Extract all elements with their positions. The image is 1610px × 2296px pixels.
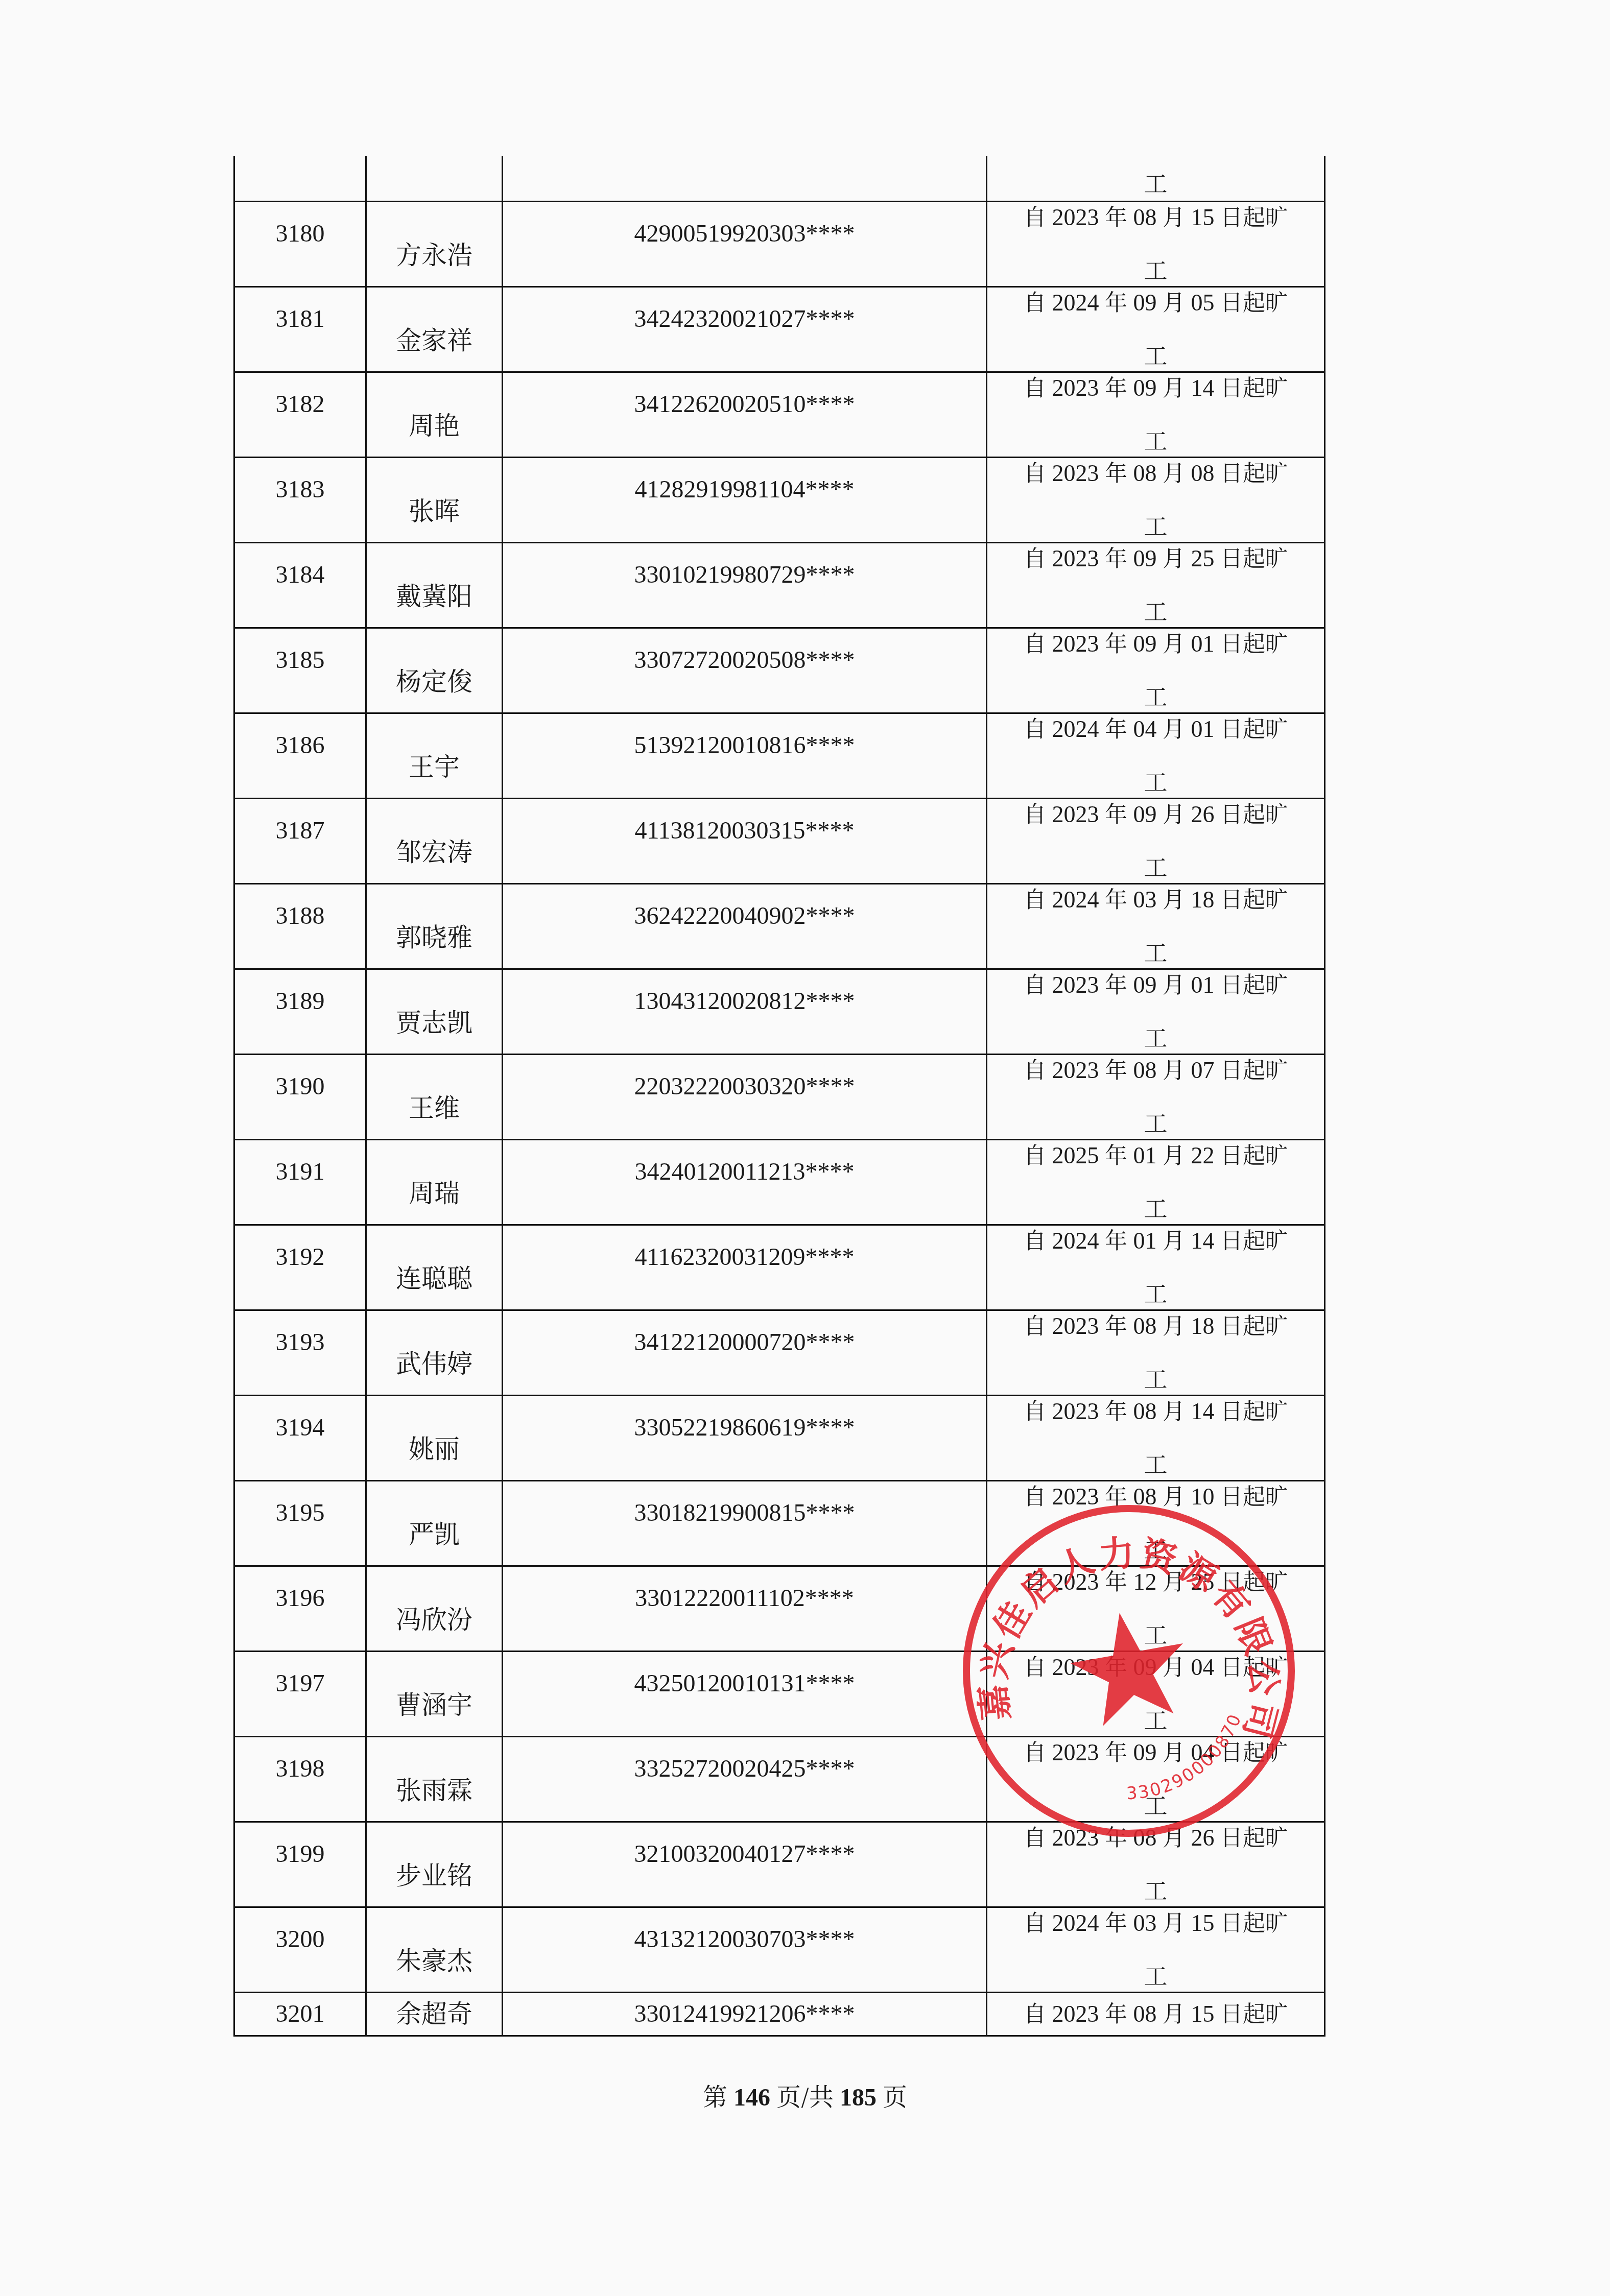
absence-status: 自 2025 年 01 月 22 日起旷工 [987,1141,1324,1224]
status-year: 2023 [1052,1739,1099,1765]
table-row: 3194姚丽33052219860619****自 2023 年 08 月 14… [234,1396,1325,1481]
status-prefix: 自 [1024,887,1046,913]
cell-name: 张晖 [366,458,503,543]
status-day: 07 [1191,1057,1215,1083]
cell-id: 43250120010131**** [503,1652,987,1737]
status-day: 14 [1191,1398,1215,1424]
status-day-suffix: 日起旷 [1220,1910,1288,1936]
status-day-suffix: 日起旷 [1220,2001,1288,2027]
document-page: 工 3180方永浩42900519920303****自 2023 年 08 月… [0,0,1610,2296]
cell-no: 3196 [234,1566,366,1652]
status-month-suffix: 月 [1163,1399,1185,1425]
status-month: 01 [1133,1228,1157,1254]
status-tail: 工 [1144,1453,1168,1476]
cell-no: 3201 [234,1993,366,2036]
table-row: 3181金家祥34242320021027****自 2024 年 09 月 0… [234,287,1325,372]
status-day-suffix: 日起旷 [1220,546,1288,572]
status-date-line: 自 2023 年 08 月 18 日起旷 [1024,1314,1288,1338]
status-year: 2023 [1052,1057,1099,1083]
status-prefix: 自 [1024,375,1046,401]
cell-no: 3197 [234,1652,366,1737]
status-tail: 工 [1144,1965,1168,1988]
status-tail: 工 [1144,515,1168,538]
id-number-masked: 34240120011213**** [634,1160,854,1184]
person-name: 武伟婷 [396,1351,472,1377]
status-year: 2023 [1052,375,1099,401]
status-prefix: 自 [1024,1484,1046,1510]
status-day: 22 [1191,1142,1215,1168]
status-tail: 工 [1144,172,1168,196]
cell-status: 自 2023 年 08 月 10 日起旷工 [987,1481,1325,1566]
status-prefix: 自 [1024,1313,1046,1340]
cell-name: 姚丽 [366,1396,503,1481]
cell-id: 33012419921206**** [503,1993,987,2036]
id-number-masked: 34122120000720**** [634,1330,855,1355]
status-year-suffix: 年 [1105,1740,1127,1766]
status-year-suffix: 年 [1105,2001,1127,2027]
status-prefix: 自 [1024,290,1046,316]
table-row: 3199步业铭32100320040127****自 2023 年 08 月 2… [234,1822,1325,1907]
cell-no [234,156,366,202]
row-number: 3193 [276,1330,325,1355]
status-year-suffix: 年 [1105,1143,1127,1169]
cell-status: 自 2023 年 08 月 08 日起旷工 [987,458,1325,543]
status-year: 2023 [1052,460,1099,486]
status-year: 2023 [1052,2001,1099,2027]
cell-name: 周艳 [366,372,503,458]
person-name: 姚丽 [409,1437,460,1462]
status-date-line: 自 2023 年 08 月 15 日起旷 [1024,206,1288,229]
cell-name: 朱豪杰 [366,1907,503,1993]
table-row: 3190王维22032220030320****自 2023 年 08 月 07… [234,1055,1325,1140]
status-date-line: 自 2023 年 09 月 04 日起旷 [1024,1741,1288,1764]
status-year-suffix: 年 [1105,546,1127,572]
cell-no: 3180 [234,202,366,287]
row-number: 3186 [276,733,325,758]
row-number: 3183 [276,477,325,502]
status-month: 03 [1133,887,1157,913]
status-year: 2023 [1052,631,1099,657]
status-month: 08 [1133,460,1157,486]
row-number: 3187 [276,819,325,843]
footer-total-pages: 185 [840,2084,877,2111]
status-year-suffix: 年 [1105,1825,1127,1851]
status-day: 26 [1191,1825,1215,1851]
status-year-suffix: 年 [1105,461,1127,487]
status-prefix: 自 [1024,716,1046,743]
cell-status: 自 2024 年 01 月 14 日起旷工 [987,1225,1325,1310]
row-number: 3188 [276,904,325,928]
status-date-line: 自 2023 年 09 月 14 日起旷 [1024,376,1288,400]
status-month-suffix: 月 [1163,2001,1185,2027]
cell-id: 41282919981104**** [503,458,987,543]
status-prefix: 自 [1024,1910,1046,1936]
status-year-suffix: 年 [1105,1399,1127,1425]
cell-no: 3199 [234,1822,366,1907]
status-month: 04 [1133,716,1157,742]
cell-id: 33052219860619**** [503,1396,987,1481]
status-date-line: 自 2024 年 04 月 01 日起旷 [1024,717,1288,741]
status-month-suffix: 月 [1163,972,1185,998]
status-month-suffix: 月 [1163,802,1185,828]
absence-status: 自 2023 年 08 月 15 日起旷工 [987,203,1324,285]
absence-status: 自 2023 年 08 月 10 日起旷工 [987,1482,1324,1565]
id-number-masked: 33018219900815**** [634,1501,855,1525]
cell-name: 王宇 [366,713,503,799]
person-name: 严凯 [409,1522,460,1547]
person-name: 王维 [409,1095,460,1121]
cell-name: 张雨霖 [366,1737,503,1822]
person-name: 曹涵宇 [396,1692,472,1718]
status-month-suffix: 月 [1163,461,1185,487]
id-number-masked: 41282919981104**** [634,477,854,502]
status-tail: 工 [1144,941,1168,965]
cell-no: 3186 [234,713,366,799]
page-footer: 第 146 页/共 185 页 [0,2077,1610,2113]
status-day: 14 [1191,375,1215,401]
id-number-masked: 51392120010816**** [634,733,855,758]
cell-no: 3191 [234,1140,366,1225]
cell-name: 周瑞 [366,1140,503,1225]
status-date-line: 自 2024 年 09 月 05 日起旷 [1024,291,1288,315]
status-day-suffix: 日起旷 [1220,887,1288,913]
status-month-suffix: 月 [1163,375,1185,401]
status-tail: 工 [1144,771,1168,794]
id-number-masked: 34122620020510**** [634,392,855,417]
cell-name: 连聪聪 [366,1225,503,1310]
absence-status: 自 2023 年 08 月 07 日起旷工 [987,1056,1324,1138]
status-day-suffix: 日起旷 [1220,205,1288,231]
status-tail: 工 [1144,1197,1168,1221]
table-row: 3200朱豪杰43132120030703****自 2024 年 03 月 1… [234,1907,1325,1993]
status-month-suffix: 月 [1163,1569,1185,1595]
status-date-line: 自 2025 年 01 月 22 日起旷 [1024,1144,1288,1167]
cell-name: 余超奇 [366,1993,503,2036]
status-day: 15 [1191,204,1215,230]
table-row: 3189贾志凯13043120020812****自 2023 年 09 月 0… [234,969,1325,1055]
cell-status: 自 2023 年 08 月 18 日起旷工 [987,1310,1325,1396]
row-number: 3184 [276,563,325,587]
status-prefix: 自 [1024,1655,1046,1681]
status-date-line: 自 2023 年 08 月 26 日起旷 [1024,1826,1288,1850]
row-number: 3181 [276,307,325,331]
table-row: 3191周瑞34240120011213****自 2025 年 01 月 22… [234,1140,1325,1225]
status-month: 09 [1133,545,1157,571]
status-day-suffix: 日起旷 [1220,1399,1288,1425]
absence-status: 自 2024 年 03 月 18 日起旷工 [987,885,1324,968]
status-month: 09 [1133,1739,1157,1765]
row-number: 3180 [276,222,325,246]
cell-no: 3189 [234,969,366,1055]
table-row-continuation: 工 [234,156,1325,202]
absence-status: 自 2023 年 09 月 14 日起旷工 [987,373,1324,456]
status-month: 01 [1133,1142,1157,1168]
id-number-masked: 41138120030315**** [634,819,854,843]
cell-status: 工 [987,156,1325,202]
person-name: 王宇 [409,754,460,780]
status-year: 2023 [1052,1654,1099,1680]
row-number: 3200 [276,1927,325,1952]
status-year: 2023 [1052,545,1099,571]
row-number: 3192 [276,1245,325,1270]
cell-name: 王维 [366,1055,503,1140]
cell-no: 3200 [234,1907,366,1993]
status-day: 25 [1191,545,1215,571]
status-day: 25 [1191,1569,1215,1595]
status-day: 01 [1191,716,1215,742]
cell-id: 33252720020425**** [503,1737,987,1822]
cell-status: 自 2023 年 09 月 25 日起旷工 [987,543,1325,628]
status-tail: 工 [1144,1879,1168,1903]
status-day-suffix: 日起旷 [1220,631,1288,657]
row-number: 3189 [276,989,325,1014]
status-month-suffix: 月 [1163,1143,1185,1169]
footer-middle: 页/共 [776,2083,834,2112]
status-date-line: 自 2023 年 09 月 04 日起旷 [1024,1656,1288,1679]
footer-current-page: 146 [733,2084,770,2111]
status-day-suffix: 日起旷 [1220,1740,1288,1766]
absence-status: 自 2023 年 08 月 26 日起旷工 [987,1823,1324,1906]
status-prefix: 自 [1024,1569,1046,1595]
status-day: 01 [1191,631,1215,657]
status-date-line: 自 2023 年 08 月 14 日起旷 [1024,1400,1288,1423]
table-row: 3184戴冀阳33010219980729****自 2023 年 09 月 2… [234,543,1325,628]
status-month: 08 [1133,1398,1157,1424]
cell-no: 3192 [234,1225,366,1310]
status-year-suffix: 年 [1105,1484,1127,1510]
status-month-suffix: 月 [1163,887,1185,913]
status-prefix: 自 [1024,972,1046,998]
status-day-suffix: 日起旷 [1220,461,1288,487]
status-date-line: 自 2024 年 03 月 18 日起旷 [1024,888,1288,912]
status-day-suffix: 日起旷 [1220,972,1288,998]
status-month: 09 [1133,375,1157,401]
cell-id: 42900519920303**** [503,202,987,287]
table-row: 3192连聪聪41162320031209****自 2024 年 01 月 1… [234,1225,1325,1310]
row-number: 3185 [276,648,325,673]
absence-status: 自 2023 年 09 月 01 日起旷工 [987,970,1324,1053]
status-tail: 工 [1144,344,1168,368]
status-month-suffix: 月 [1163,1484,1185,1510]
status-day-suffix: 日起旷 [1220,1655,1288,1681]
table-row: 3188郭晓雅36242220040902****自 2024 年 03 月 1… [234,884,1325,969]
status-tail: 工 [1144,429,1168,453]
person-name: 张雨霖 [396,1778,472,1803]
status-year: 2023 [1052,972,1099,998]
cell-name: 武伟婷 [366,1310,503,1396]
row-number: 3196 [276,1586,325,1611]
cell-status: 自 2023 年 12 月 25 日起旷工 [987,1566,1325,1652]
absence-status: 自 2024 年 01 月 14 日起旷工 [987,1226,1324,1309]
absence-status: 自 2024 年 04 月 01 日起旷工 [987,714,1324,797]
cell-name: 步业铭 [366,1822,503,1907]
cell-name: 贾志凯 [366,969,503,1055]
status-year-suffix: 年 [1105,802,1127,828]
cell-name: 郭晓雅 [366,884,503,969]
status-month-suffix: 月 [1163,1228,1185,1254]
cell-no: 3182 [234,372,366,458]
status-day: 10 [1191,1484,1215,1510]
status-tail: 工 [1144,1794,1168,1817]
id-number-masked: 33072720020508**** [634,648,855,673]
status-year-suffix: 年 [1105,1910,1127,1936]
cell-no: 3184 [234,543,366,628]
status-day: 15 [1191,2001,1215,2027]
cell-id: 33010219980729**** [503,543,987,628]
id-number-masked: 22032220030320**** [634,1074,855,1099]
person-name: 周瑞 [409,1181,460,1206]
status-year: 2025 [1052,1142,1099,1168]
id-number-masked: 36242220040902**** [634,904,855,928]
status-day-suffix: 日起旷 [1220,375,1288,401]
cell-id: 34240120011213**** [503,1140,987,1225]
cell-status: 自 2024 年 03 月 18 日起旷工 [987,884,1325,969]
status-year: 2024 [1052,290,1099,316]
cell-no: 3190 [234,1055,366,1140]
status-date-line: 自 2024 年 03 月 15 日起旷 [1024,1911,1288,1935]
status-tail: 工 [1144,1709,1168,1732]
absence-status: 自 2023 年 08 月 18 日起旷工 [987,1311,1324,1394]
status-tail: 工 [1144,685,1168,709]
status-month: 08 [1133,1057,1157,1083]
table-row: 3193武伟婷34122120000720****自 2023 年 08 月 1… [234,1310,1325,1396]
status-month-suffix: 月 [1163,205,1185,231]
status-date-line: 自 2023 年 09 月 25 日起旷 [1024,547,1288,570]
cell-status: 自 2023 年 08 月 15 日起旷工 [987,202,1325,287]
status-month-suffix: 月 [1163,1655,1185,1681]
table-row: 3187邹宏涛41138120030315****自 2023 年 09 月 2… [234,799,1325,884]
status-prefix: 自 [1024,1058,1046,1084]
status-prefix: 自 [1024,631,1046,657]
status-prefix: 自 [1024,802,1046,828]
status-day: 04 [1191,1654,1215,1680]
table-row: 3196冯欣汾33012220011102****自 2023 年 12 月 2… [234,1566,1325,1652]
status-month: 03 [1133,1910,1157,1936]
person-name: 连聪聪 [396,1266,472,1291]
cell-no: 3181 [234,287,366,372]
cell-id: 33018219900815**** [503,1481,987,1566]
table-row: 3198张雨霖33252720020425****自 2023 年 09 月 0… [234,1737,1325,1822]
id-number-masked: 41162320031209**** [634,1245,854,1270]
cell-id: 33012220011102**** [503,1566,987,1652]
cell-status: 自 2023 年 09 月 04 日起旷工 [987,1652,1325,1737]
cell-status: 自 2024 年 03 月 15 日起旷工 [987,1907,1325,1993]
status-month-suffix: 月 [1163,1313,1185,1340]
table-row: 3182周艳34122620020510****自 2023 年 09 月 14… [234,372,1325,458]
status-year-suffix: 年 [1105,1569,1127,1595]
status-tail: 工 [1144,600,1168,624]
id-number-masked: 43250120010131**** [634,1671,855,1696]
cell-status: 自 2023 年 09 月 14 日起旷工 [987,372,1325,458]
absence-status: 自 2023 年 08 月 08 日起旷工 [987,459,1324,541]
status-year-suffix: 年 [1105,1228,1127,1254]
table-row: 3201余超奇33012419921206****自 2023 年 08 月 1… [234,1993,1325,2036]
status-date-line: 自 2023 年 09 月 01 日起旷 [1024,632,1288,656]
status-year: 2023 [1052,1484,1099,1510]
row-number: 3194 [276,1416,325,1440]
status-month: 08 [1133,2001,1157,2027]
id-number-masked: 33252720020425**** [634,1757,855,1781]
absence-status: 自 2023 年 08 月 14 日起旷工 [987,1397,1324,1479]
status-year-suffix: 年 [1105,1655,1127,1681]
person-name: 朱豪杰 [396,1948,472,1974]
row-number: 3182 [276,392,325,417]
person-name: 金家祥 [396,328,472,353]
status-day-suffix: 日起旷 [1220,1143,1288,1169]
person-name: 余超奇 [396,2001,472,2027]
cell-name: 戴冀阳 [366,543,503,628]
status-month: 08 [1133,1825,1157,1851]
id-number-masked: 32100320040127**** [634,1842,855,1867]
row-number: 3201 [276,2002,325,2026]
person-name: 冯欣汾 [396,1607,472,1633]
cell-id [503,156,987,202]
status-prefix: 自 [1024,461,1046,487]
absence-status: 自 2023 年 09 月 26 日起旷工 [987,800,1324,882]
cell-id: 33072720020508**** [503,628,987,713]
status-year-suffix: 年 [1105,1058,1127,1084]
person-name: 杨定俊 [396,669,472,695]
cell-status: 自 2024 年 09 月 05 日起旷工 [987,287,1325,372]
status-year-suffix: 年 [1105,972,1127,998]
status-day: 04 [1191,1739,1215,1765]
id-number-masked: 42900519920303**** [634,222,855,246]
status-date-line: 自 2023 年 09 月 26 日起旷 [1024,803,1288,826]
absence-status: 自 2023 年 09 月 25 日起旷工 [987,544,1324,627]
status-month: 08 [1133,1484,1157,1510]
status-month-suffix: 月 [1163,1740,1185,1766]
status-month-suffix: 月 [1163,1825,1185,1851]
status-year-suffix: 年 [1105,631,1127,657]
cell-no: 3195 [234,1481,366,1566]
id-number-masked: 33012419921206**** [634,2002,855,2026]
cell-id: 41162320031209**** [503,1225,987,1310]
cell-no: 3193 [234,1310,366,1396]
status-day: 18 [1191,1313,1215,1339]
status-month-suffix: 月 [1163,290,1185,316]
status-tail: 工 [1144,259,1168,282]
cell-id: 34122120000720**** [503,1310,987,1396]
row-number: 3191 [276,1160,325,1184]
status-month: 09 [1133,801,1157,827]
status-year-suffix: 年 [1105,205,1127,231]
cell-status: 自 2023 年 08 月 26 日起旷工 [987,1822,1325,1907]
status-year-suffix: 年 [1105,375,1127,401]
table-row: 3180方永浩42900519920303****自 2023 年 08 月 1… [234,202,1325,287]
status-tail: 工 [1144,856,1168,879]
status-prefix: 自 [1024,1399,1046,1425]
row-number: 3197 [276,1671,325,1696]
status-month-suffix: 月 [1163,631,1185,657]
status-prefix: 自 [1024,1228,1046,1254]
id-number-masked: 43132120030703**** [634,1927,855,1952]
status-tail: 工 [1144,1623,1168,1647]
row-number: 3199 [276,1842,325,1867]
status-date-line: 自 2023 年 08 月 07 日起旷 [1024,1059,1288,1082]
row-number: 3190 [276,1074,325,1099]
person-name: 戴冀阳 [396,584,472,609]
cell-status: 自 2023 年 09 月 01 日起旷工 [987,969,1325,1055]
cell-status: 自 2024 年 04 月 01 日起旷工 [987,713,1325,799]
status-day-suffix: 日起旷 [1220,1313,1288,1340]
cell-id: 41138120030315**** [503,799,987,884]
id-number-masked: 33010219980729**** [634,563,855,587]
status-month: 09 [1133,631,1157,657]
absentee-table: 工 3180方永浩42900519920303****自 2023 年 08 月… [233,156,1325,2037]
status-prefix: 自 [1024,1825,1046,1851]
person-name: 步业铭 [396,1863,472,1888]
cell-id: 13043120020812**** [503,969,987,1055]
